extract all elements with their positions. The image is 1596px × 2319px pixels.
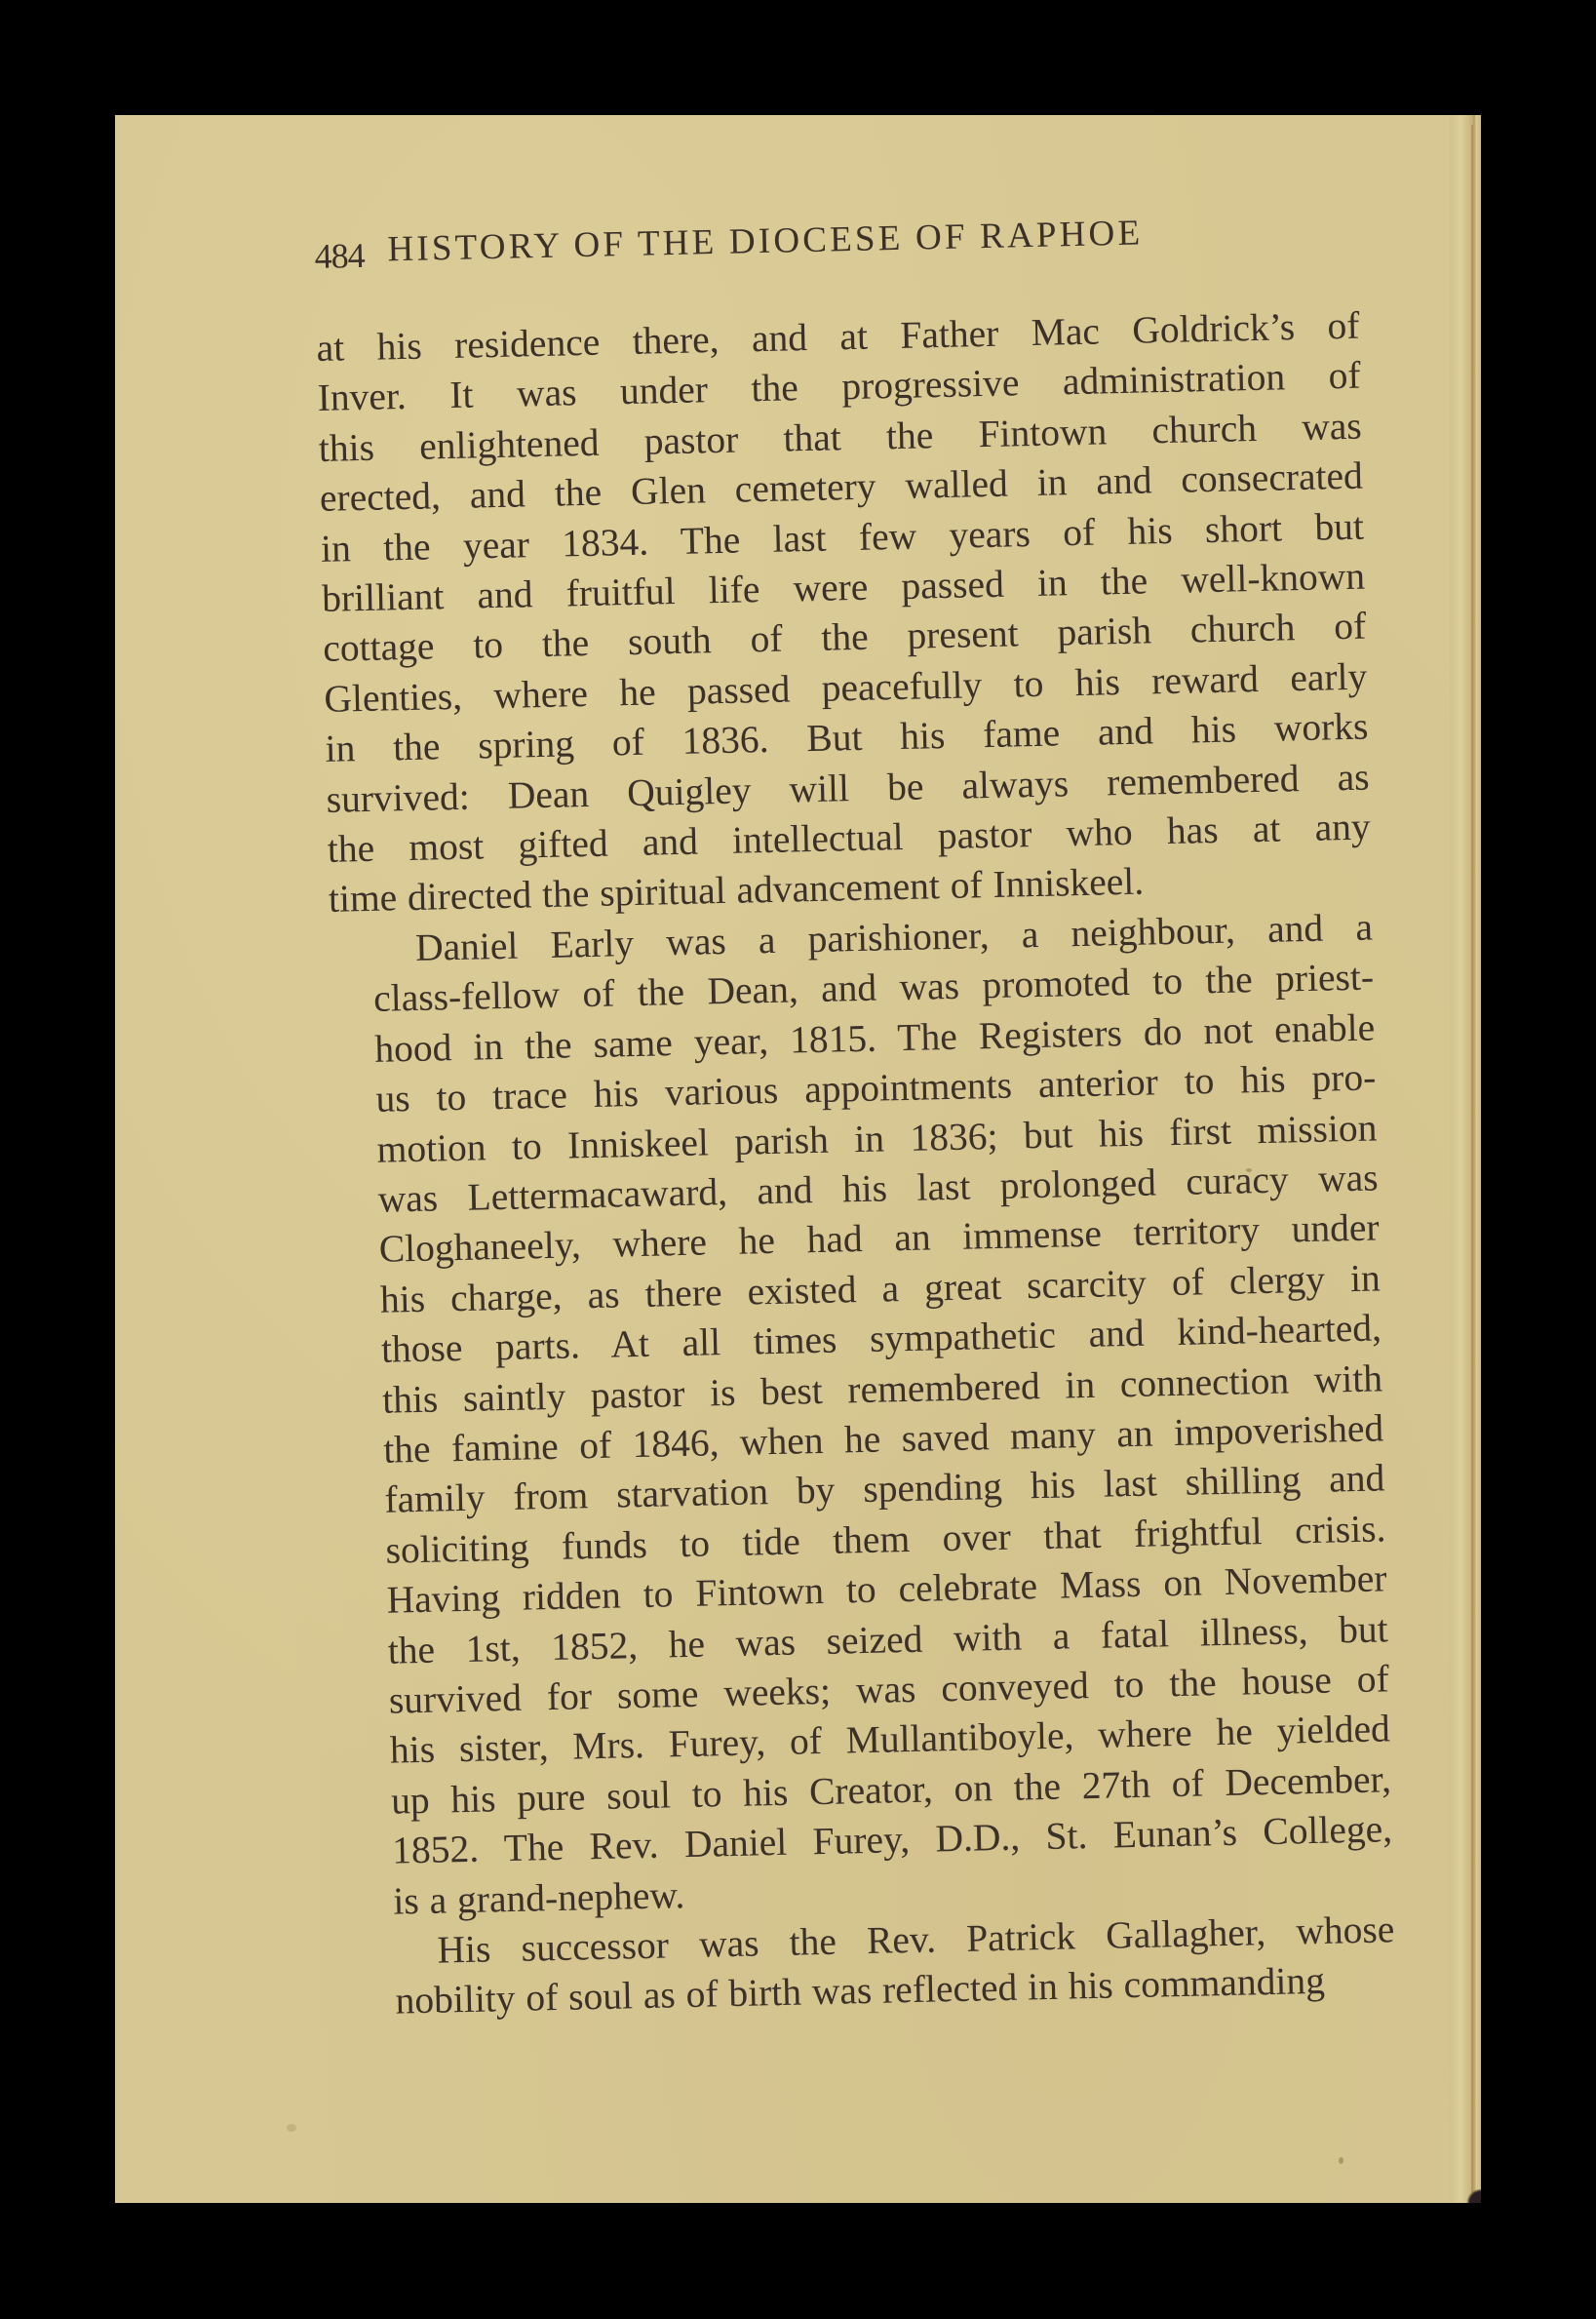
body-text: at his residence there, and at Father Ma… xyxy=(316,301,1396,2028)
page-binding-edge xyxy=(1450,115,1481,2203)
paper-speck xyxy=(287,2124,296,2132)
paragraph: at his residence there, and at Father Ma… xyxy=(316,301,1372,925)
page-text: 484 HISTORY OF THE DIOCESE OF RAPHOE at … xyxy=(314,208,1396,2028)
running-head: 484 HISTORY OF THE DIOCESE OF RAPHOE xyxy=(314,208,1358,289)
paper-speck xyxy=(1339,2157,1343,2164)
paragraph: His successor was the Rev. Patrick Galla… xyxy=(351,1905,1396,2027)
binding-line xyxy=(1471,125,1473,2193)
page-corner-shadow xyxy=(1465,2189,1481,2203)
paragraph: Daniel Early was a parishioner, a neighb… xyxy=(330,902,1394,1927)
page-number: 484 xyxy=(314,235,365,277)
running-head-title: HISTORY OF THE DIOCESE OF RAPHOE xyxy=(387,212,1144,270)
book-page: 484 HISTORY OF THE DIOCESE OF RAPHOE at … xyxy=(115,115,1481,2203)
